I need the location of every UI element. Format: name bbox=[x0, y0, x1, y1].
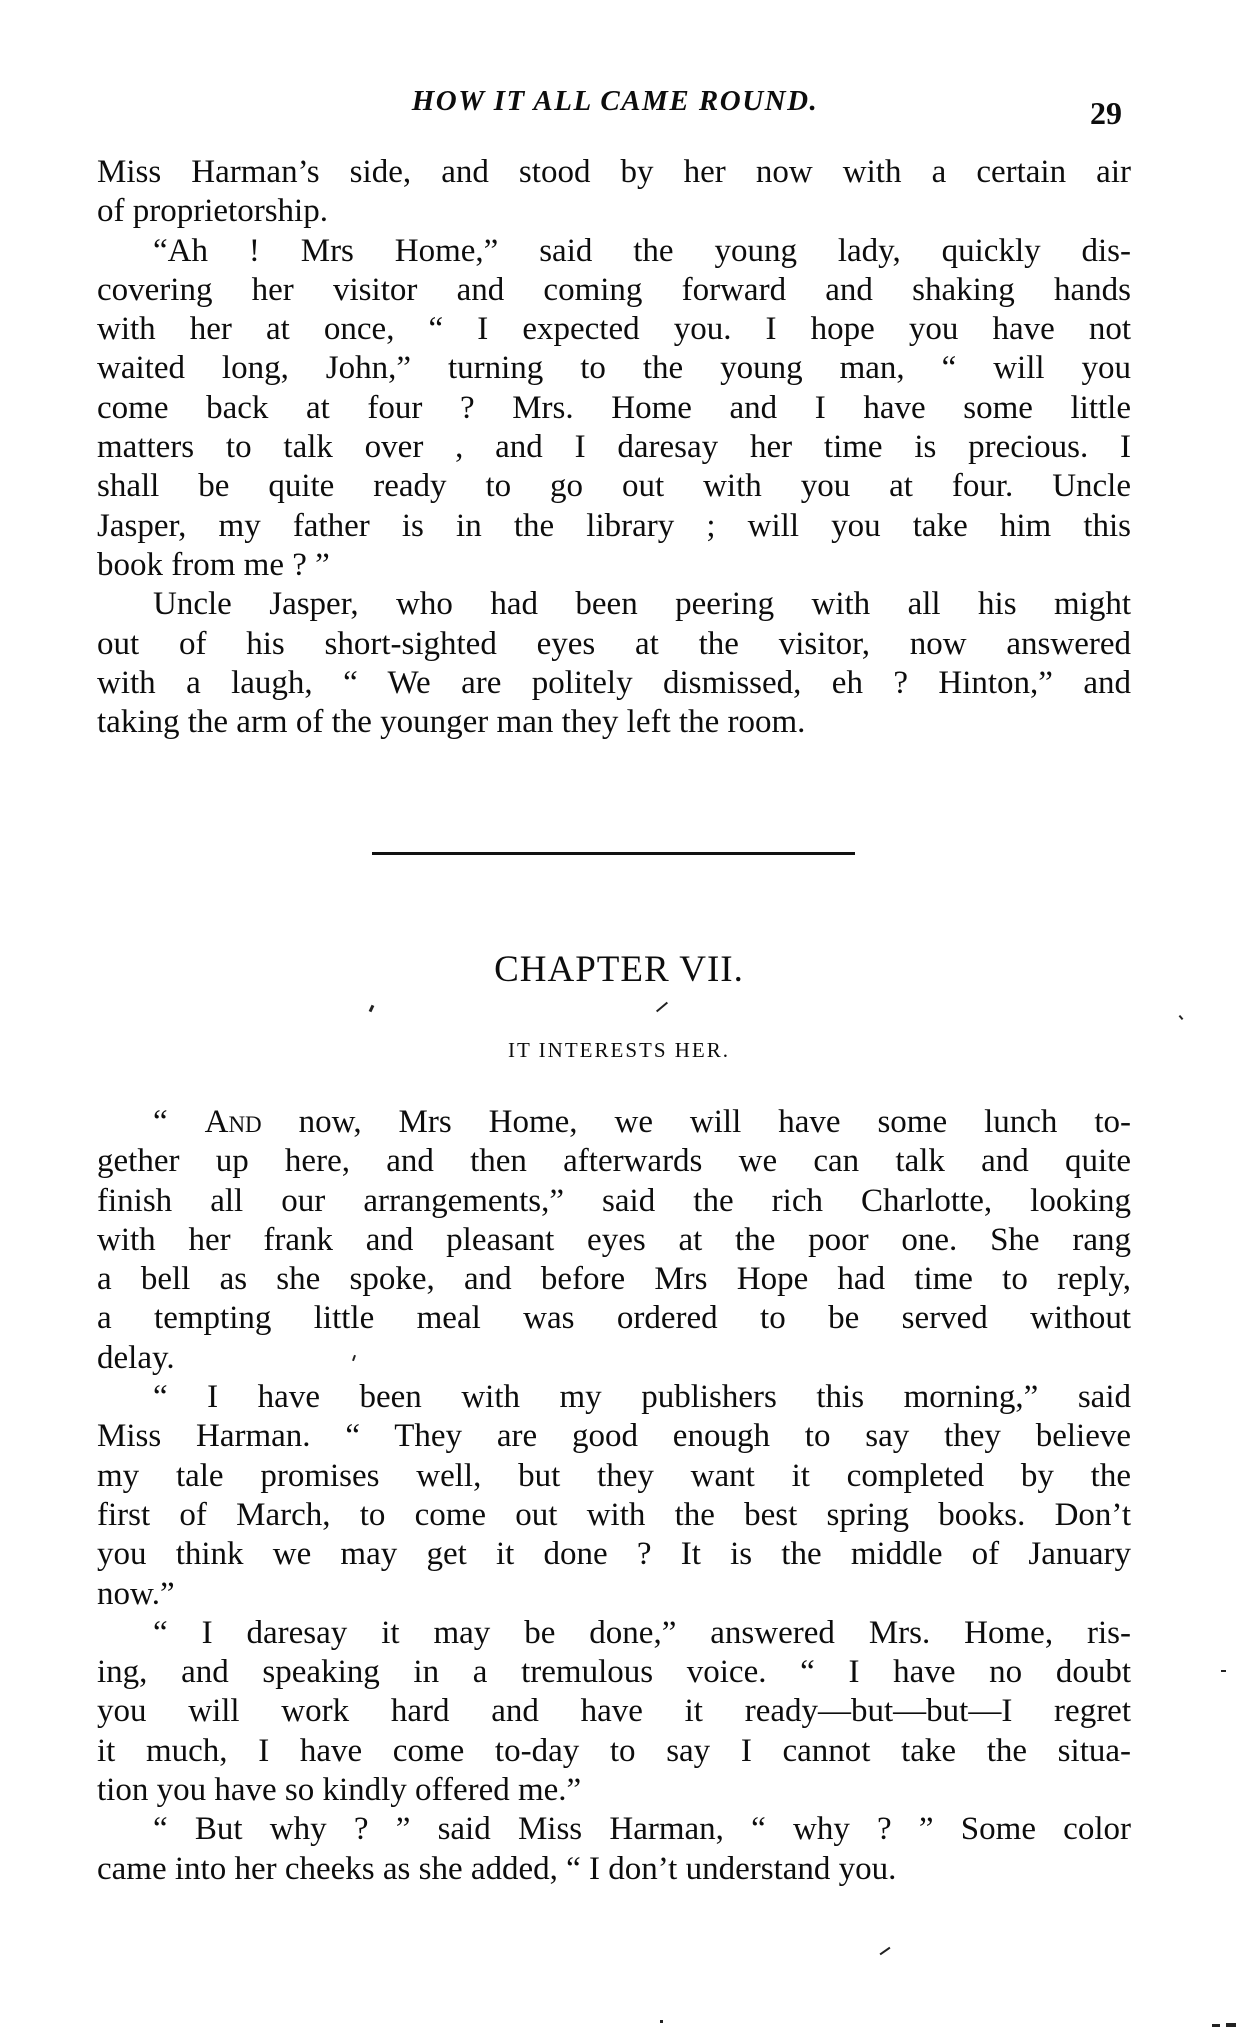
chapter-opening-word: And bbox=[205, 1104, 262, 1140]
text-line: first of March, to come out with the bes… bbox=[97, 1496, 1131, 1535]
running-head: HOW IT ALL CAME ROUND. 29 bbox=[0, 84, 1238, 124]
text-line: book from me ? ” bbox=[97, 546, 1131, 585]
text-line: you think we may get it done ? It is the… bbox=[97, 1535, 1131, 1574]
text-line: Uncle Jasper, who had been peering with … bbox=[97, 585, 1131, 624]
text-line: now.” bbox=[97, 1575, 1131, 1614]
scan-speck bbox=[1212, 2024, 1220, 2027]
text-line: with her at once, “ I expected you. I ho… bbox=[97, 310, 1131, 349]
paragraph: Uncle Jasper, who had been peering with … bbox=[97, 585, 1131, 742]
body-text-section-1: Miss Harman’s side, and stood by her now… bbox=[97, 153, 1131, 742]
text-line: “ I have been with my publishers this mo… bbox=[97, 1378, 1131, 1417]
paragraph: “ And now, Mrs Home, we will have some l… bbox=[97, 1103, 1131, 1378]
text-line: come back at four ? Mrs. Home and I have… bbox=[97, 389, 1131, 428]
text-line: tion you have so kindly offered me.” bbox=[97, 1771, 1131, 1810]
text-line: it much, I have come to-day to say I can… bbox=[97, 1732, 1131, 1771]
text-line: of proprietorship. bbox=[97, 192, 1131, 231]
chapter-subtitle: IT INTERESTS HER. bbox=[0, 1036, 1238, 1064]
text-line: my tale promises well, but they want it … bbox=[97, 1457, 1131, 1496]
text-line: taking the arm of the younger man they l… bbox=[97, 703, 1131, 742]
text-line: Miss Harman’s side, and stood by her now… bbox=[97, 153, 1131, 192]
scan-speck bbox=[1179, 1015, 1184, 1020]
text-line: covering her visitor and coming forward … bbox=[97, 271, 1131, 310]
text-line: “ But why ? ” said Miss Harman, “ why ? … bbox=[97, 1810, 1131, 1849]
scan-speck bbox=[1221, 1670, 1226, 1672]
paragraph: “ But why ? ” said Miss Harman, “ why ? … bbox=[97, 1810, 1131, 1889]
paragraph: Miss Harman’s side, and stood by her now… bbox=[97, 153, 1131, 232]
text-line: “Ah ! Mrs Home,” said the young lady, qu… bbox=[97, 232, 1131, 271]
paragraph: “ I have been with my publishers this mo… bbox=[97, 1378, 1131, 1614]
chapter-title: CHAPTER VII. bbox=[0, 948, 1238, 992]
scan-speck bbox=[656, 1002, 668, 1013]
text-line: with a laugh, “ We are politely dismisse… bbox=[97, 664, 1131, 703]
text-line: Miss Harman. “ They are good enough to s… bbox=[97, 1417, 1131, 1456]
text-line: waited long, John,” turning to the young… bbox=[97, 349, 1131, 388]
text-line: matters to talk over , and I daresay her… bbox=[97, 428, 1131, 467]
scan-speck bbox=[880, 1947, 891, 1956]
section-divider-rule bbox=[372, 852, 855, 855]
running-title: HOW IT ALL CAME ROUND. bbox=[355, 84, 875, 118]
paragraph: “ I daresay it may be done,” answered Mr… bbox=[97, 1614, 1131, 1810]
scan-speck bbox=[660, 2020, 663, 2023]
text-line: came into her cheeks as she added, “ I d… bbox=[97, 1850, 1131, 1889]
scan-speck bbox=[369, 1005, 375, 1013]
text-line: gether up here, and then afterwards we c… bbox=[97, 1142, 1131, 1181]
text-line: “ And now, Mrs Home, we will have some l… bbox=[97, 1103, 1131, 1142]
text-line: “ I daresay it may be done,” answered Mr… bbox=[97, 1614, 1131, 1653]
paragraph: “Ah ! Mrs Home,” said the young lady, qu… bbox=[97, 232, 1131, 586]
text-line: Jasper, my father is in the library ; wi… bbox=[97, 507, 1131, 546]
body-text-section-2: “ And now, Mrs Home, we will have some l… bbox=[97, 1103, 1131, 1889]
text-line: shall be quite ready to go out with you … bbox=[97, 467, 1131, 506]
text-line: ing, and speaking in a tremulous voice. … bbox=[97, 1653, 1131, 1692]
text-line: out of his short-sighted eyes at the vis… bbox=[97, 625, 1131, 664]
page-number: 29 bbox=[1090, 96, 1122, 130]
open-quote: “ bbox=[153, 1104, 205, 1140]
text-line: a tempting little meal was ordered to be… bbox=[97, 1299, 1131, 1338]
first-line-rest: now, Mrs Home, we will have some lunch t… bbox=[262, 1104, 1131, 1140]
text-line: you will work hard and have it ready—but… bbox=[97, 1692, 1131, 1731]
text-line: delay. bbox=[97, 1339, 1131, 1378]
text-line: with her frank and pleasant eyes at the … bbox=[97, 1221, 1131, 1260]
text-line: a bell as she spoke, and before Mrs Hope… bbox=[97, 1260, 1131, 1299]
scan-speck bbox=[1226, 2023, 1236, 2027]
text-line: finish all our arrangements,” said the r… bbox=[97, 1182, 1131, 1221]
